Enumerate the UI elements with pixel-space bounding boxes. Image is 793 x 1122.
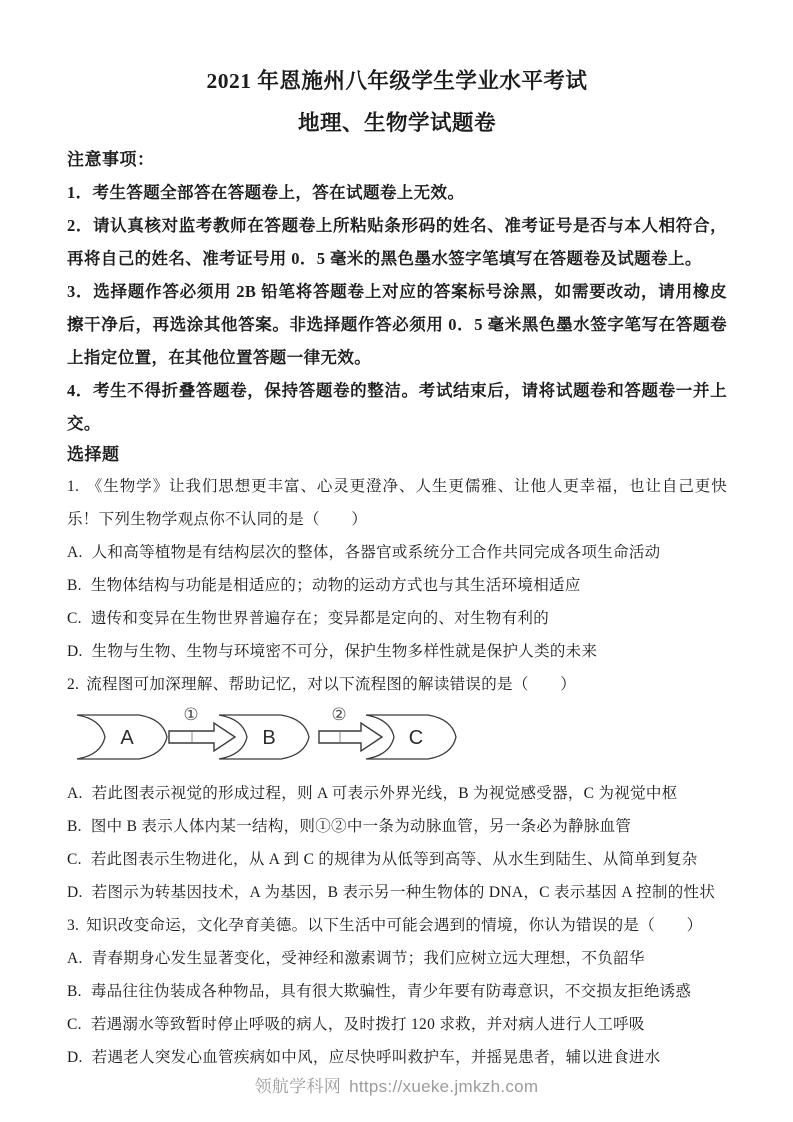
option-row-b: B.生物体结构与功能是相适应的；动物的运动方式也与其生活环境相适应	[67, 569, 727, 602]
option-text: 若此图表示生物进化，从 A 到 C 的规律为从低等到高等、从水生到陆生、从简单到…	[91, 851, 698, 868]
flow-node-label-b: B	[262, 727, 275, 749]
footer-watermark: 领航学科网https://xueke.jmkzh.com	[0, 1072, 793, 1097]
option-row-c: C.若此图表示生物进化，从 A 到 C 的规律为从低等到高等、从水生到陆生、从简…	[67, 843, 727, 876]
option-label: B.	[67, 818, 82, 835]
option-label: B.	[67, 983, 82, 1000]
exam-paper-page: 2021 年恩施州八年级学生学业水平考试 地理、生物学试题卷 注意事项： 1．考…	[0, 0, 793, 1122]
question-number: 1.	[67, 478, 79, 495]
option-text: 遗传和变异在生物世界普遍存在；变异都是定向的、对生物有利的	[91, 610, 549, 627]
question-stem: 1.《生物学》让我们思想更丰富、心灵更澄净、人生更儒雅、让他人更幸福，也让自己更…	[67, 470, 727, 536]
option-text: 若遇溺水等致暂时停止呼吸的病人，及时拨打 120 求救，并对病人进行人工呼吸	[91, 1016, 645, 1033]
option-label: D.	[67, 1049, 83, 1066]
option-text: 生物体结构与功能是相适应的；动物的运动方式也与其生活环境相适应	[91, 577, 581, 594]
question-number: 3.	[67, 917, 79, 934]
option-row-a: A.青春期身心发生显著变化，受神经和激素调节；我们应树立远大理想，不负韶华	[67, 942, 727, 975]
flow-node-label-a: A	[120, 727, 134, 749]
footer-url-link[interactable]: https://xueke.jmkzh.com	[349, 1077, 538, 1096]
flow-arrow-label-2: ②	[331, 705, 346, 724]
option-row-d: D.生物与生物、生物与环境密不可分，保护生物多样性就是保护人类的未来	[67, 635, 727, 668]
flow-arrow-2	[319, 723, 382, 751]
option-text: 若此图表示视觉的形成过程，则 A 可表示外界光线，B 为视觉感受器，C 为视觉中…	[92, 785, 678, 802]
question-block-3: 3.知识改变命运，文化孕育美德。以下生活中可能会遇到的情境，你认为错误的是（ ）…	[67, 909, 727, 1074]
doc-title-line1: 2021 年恩施州八年级学生学业水平考试	[67, 66, 727, 96]
option-row-a: A.若此图表示视觉的形成过程，则 A 可表示外界光线，B 为视觉感受器，C 为视…	[67, 777, 727, 810]
option-label: A.	[67, 950, 83, 967]
flow-diagram-container: A ① B ② C	[69, 705, 727, 769]
option-label: D.	[67, 884, 83, 901]
doc-title-line2: 地理、生物学试题卷	[67, 108, 727, 138]
option-label: C.	[67, 851, 82, 868]
question-stem-text: 流程图可加深理解、帮助记忆，对以下流程图的解读错误的是（ ）	[86, 676, 576, 693]
question-block-2: 2.流程图可加深理解、帮助记忆，对以下流程图的解读错误的是（ ） A ① B	[67, 668, 727, 909]
question-stem: 3.知识改变命运，文化孕育美德。以下生活中可能会遇到的情境，你认为错误的是（ ）	[67, 909, 727, 942]
question-stem-text: 《生物学》让我们思想更丰富、心灵更澄净、人生更儒雅、让他人更幸福，也让自己更快乐…	[67, 478, 727, 528]
page-content: 2021 年恩施州八年级学生学业水平考试 地理、生物学试题卷 注意事项： 1．考…	[67, 60, 727, 1074]
option-row-c: C.遗传和变异在生物世界普遍存在；变异都是定向的、对生物有利的	[67, 602, 727, 635]
question-stem-text: 知识改变命运，文化孕育美德。以下生活中可能会遇到的情境，你认为错误的是（ ）	[86, 917, 702, 934]
option-row-d: D.若遇老人突发心血管疾病如中风，应尽快呼叫救护车，并摇晃患者，辅以进食进水	[67, 1041, 727, 1074]
notice-item-4: 4．考生不得折叠答题卷，保持答题卷的整洁。考试结束后，请将试题卷和答题卷一并上交…	[67, 374, 727, 440]
option-row-b: B.图中 B 表示人体内某一结构，则①②中一条为动脉血管，另一条必为静脉血管	[67, 810, 727, 843]
flow-diagram: A ① B ② C	[69, 705, 469, 769]
footer-site-name: 领航学科网	[255, 1077, 342, 1096]
option-label: D.	[67, 643, 83, 660]
option-row-a: A.人和高等植物是有结构层次的整体，各器官或系统分工合作共同完成各项生命活动	[67, 536, 727, 569]
question-block-1: 1.《生物学》让我们思想更丰富、心灵更澄净、人生更儒雅、让他人更幸福，也让自己更…	[67, 470, 727, 668]
flow-arrow-label-1: ①	[183, 705, 198, 724]
option-text: 毒品往往伪装成各种物品，具有很大欺骗性，青少年要有防毒意识，不交损友拒绝诱惑	[91, 983, 691, 1000]
option-text: 青春期身心发生显著变化，受神经和激素调节；我们应树立远大理想，不负韶华	[92, 950, 645, 967]
section-heading-multiple-choice: 选择题	[67, 440, 727, 470]
notice-heading: 注意事项：	[67, 144, 727, 176]
notice-item-1: 1．考生答题全部答在答题卷上，答在试题卷上无效。	[67, 176, 727, 209]
question-number: 2.	[67, 676, 79, 693]
option-label: C.	[67, 1016, 82, 1033]
flow-node-label-c: C	[409, 727, 423, 749]
option-row-c: C.若遇溺水等致暂时停止呼吸的病人，及时拨打 120 求救，并对病人进行人工呼吸	[67, 1008, 727, 1041]
option-label: C.	[67, 610, 82, 627]
option-text: 若遇老人突发心血管疾病如中风，应尽快呼叫救护车，并摇晃患者，辅以进食进水	[92, 1049, 661, 1066]
option-text: 人和高等植物是有结构层次的整体，各器官或系统分工合作共同完成各项生命活动	[92, 544, 661, 561]
option-text: 生物与生物、生物与环境密不可分，保护生物多样性就是保护人类的未来	[92, 643, 598, 660]
notice-item-2: 2．请认真核对监考教师在答题卷上所粘贴条形码的姓名、准考证号是否与本人相符合，再…	[67, 209, 727, 275]
question-stem: 2.流程图可加深理解、帮助记忆，对以下流程图的解读错误的是（ ）	[67, 668, 727, 701]
flow-arrow-1	[169, 723, 235, 751]
option-label: A.	[67, 785, 83, 802]
option-row-b: B.毒品往往伪装成各种物品，具有很大欺骗性，青少年要有防毒意识，不交损友拒绝诱惑	[67, 975, 727, 1008]
option-row-d: D.若图示为转基因技术，A 为基因，B 表示另一种生物体的 DNA，C 表示基因…	[67, 876, 727, 909]
notice-item-3: 3．选择题作答必须用 2B 铅笔将答题卷上对应的答案标号涂黑，如需要改动，请用橡…	[67, 275, 727, 374]
option-text: 若图示为转基因技术，A 为基因，B 表示另一种生物体的 DNA，C 表示基因 A…	[92, 884, 716, 901]
option-text: 图中 B 表示人体内某一结构，则①②中一条为动脉血管，另一条必为静脉血管	[91, 818, 631, 835]
option-label: B.	[67, 577, 82, 594]
option-label: A.	[67, 544, 83, 561]
